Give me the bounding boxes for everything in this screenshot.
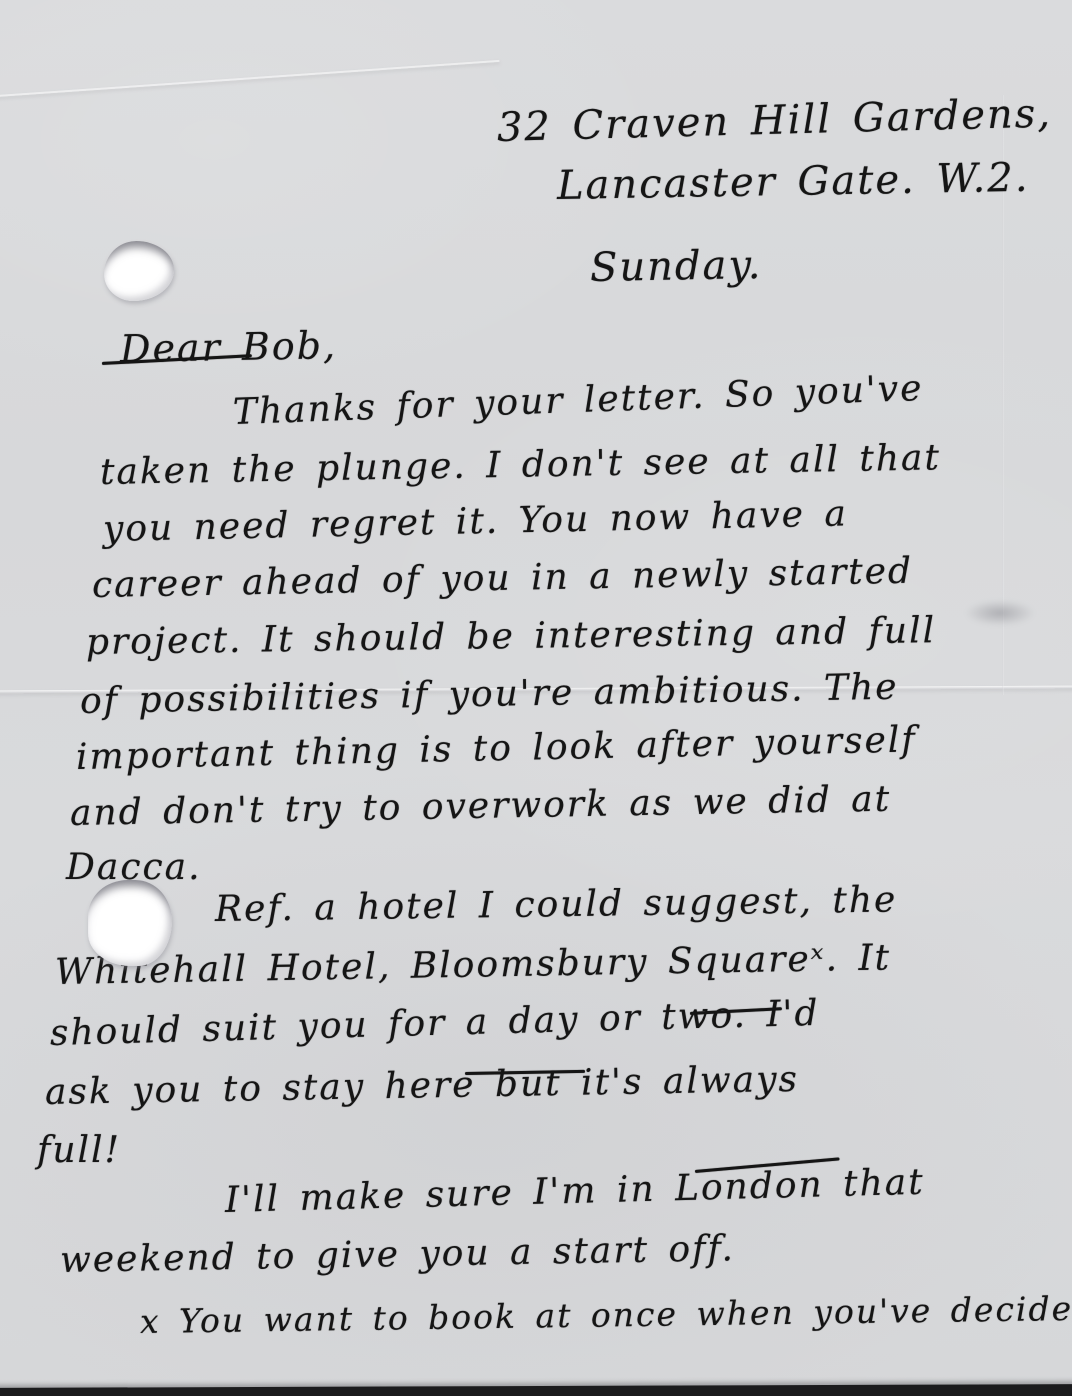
torn-hole: [104, 241, 174, 301]
letter-line: Whitehall Hotel, Bloomsbury Squareˣ. It: [55, 940, 892, 991]
letter-line: ask you to stay here but it's always: [45, 1062, 800, 1111]
letter-line: Ref. a hotel I could suggest, the: [215, 882, 898, 928]
torn-hole: [88, 880, 172, 966]
letter-line: you need regret it. You now have a: [103, 496, 849, 548]
letter-line: taken the plunge. I don't see at all tha…: [100, 440, 942, 491]
letter-line: I'll make sure I'm in London that: [225, 1165, 926, 1219]
fold-crease-top: [0, 60, 499, 98]
letter-line: of possibilities if you're ambitious. Th…: [80, 670, 899, 720]
letter-line: should suit you for a day or two. I'd: [50, 996, 820, 1052]
address-line-2: Lancaster Gate. W.2.: [557, 158, 1030, 206]
letter-line: weekend to give you a start off.: [60, 1231, 736, 1279]
letter-page: 32 Craven Hill Gardens, Lancaster Gate. …: [0, 0, 1072, 1396]
footnote-line: x You want to book at once when you've d…: [140, 1292, 1072, 1338]
letter-line: career ahead of you in a newly started: [92, 554, 914, 604]
scan-edge-strip: [0, 1384, 1072, 1396]
letter-line: Thanks for your letter. So you've: [232, 371, 924, 431]
address-line-1: 32 Craven Hill Gardens,: [496, 93, 1052, 148]
letter-line: full!: [37, 1133, 121, 1169]
letter-line: and don't try to overwork as we did at: [70, 782, 892, 832]
paper-smudge: [965, 600, 1035, 626]
letter-line: important thing is to look after yoursel…: [76, 722, 917, 776]
letter-line: project. It should be interesting and fu…: [86, 613, 937, 661]
date-line: Sunday.: [590, 245, 763, 288]
